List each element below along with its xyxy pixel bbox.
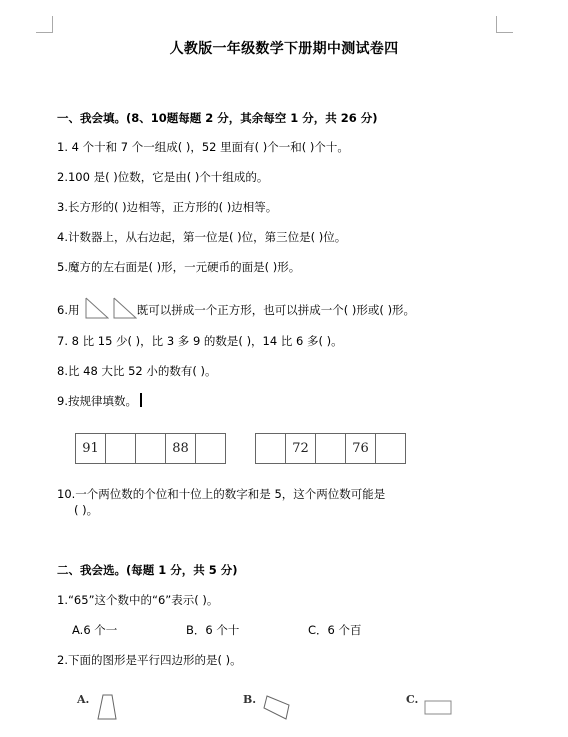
sequence-cell[interactable]: 91: [76, 434, 106, 464]
sequence-table-right: 72 76: [255, 433, 406, 464]
shape-option-b-label[interactable]: B.: [243, 693, 256, 706]
sequence-cell[interactable]: 72: [286, 434, 316, 464]
sequence-cell[interactable]: 76: [346, 434, 376, 464]
question-1-7: 7. 8 比 15 少( )，比 3 多 9 的数是( )，14 比 6 多( …: [57, 333, 343, 349]
question-2-1: 1.“65”这个数中的“6”表示( )。: [57, 592, 218, 608]
question-1-1: 1. 4 个十和 7 个一组成( )，52 里面有( )个一和( )个十。: [57, 139, 349, 155]
question-1-6-prefix: 6.用: [57, 303, 79, 317]
question-1-6-suffix: 既可以拼成一个正方形，也可以拼成一个( )形或( )形。: [137, 303, 415, 317]
page-title: 人教版一年级数学下册期中测试卷四: [0, 38, 568, 58]
sequence-cell[interactable]: [106, 434, 136, 464]
question-1-3: 3.长方形的( )边相等，正方形的( )边相等。: [57, 199, 277, 215]
sequence-cell[interactable]: [316, 434, 346, 464]
sequence-cell[interactable]: [376, 434, 406, 464]
crop-mark-top-left: [36, 16, 53, 33]
option-b[interactable]: B．6 个十: [186, 622, 239, 638]
question-2-2: 2.下面的图形是平行四边形的是( )。: [57, 652, 242, 668]
crop-mark-top-right: [496, 16, 513, 33]
sequence-cell[interactable]: 88: [166, 434, 196, 464]
question-1-6: 6.用 既可以拼成一个正方形，也可以拼成一个( )形或( )形。: [57, 297, 415, 319]
section-1-heading: 一、我会填。(8、10题每题 2 分，其余每空 1 分，共 26 分): [57, 110, 378, 126]
question-1-5: 5.魔方的左右面是( )形，一元硬币的面是( )形。: [57, 259, 300, 275]
question-1-2: 2.100 是( )位数，它是由( )个十组成的。: [57, 169, 268, 185]
rectangle-icon: [424, 700, 452, 716]
shape-option-a-label[interactable]: A.: [77, 693, 89, 706]
question-1-8: 8.比 48 大比 52 小的数有( )。: [57, 363, 217, 379]
question-1-9-text: 9.按规律填数。: [57, 394, 137, 408]
trapezoid-icon: [97, 694, 121, 721]
question-1-10-line2: ( )。: [74, 502, 98, 518]
shape-option-c-label[interactable]: C.: [406, 693, 418, 706]
option-c[interactable]: C．6 个百: [308, 622, 362, 638]
sequence-cell[interactable]: [196, 434, 226, 464]
parallelogram-icon: [263, 695, 291, 721]
right-triangle-icon: [113, 297, 137, 319]
question-1-4: 4.计数器上，从右边起，第一位是( )位，第三位是( )位。: [57, 229, 346, 245]
right-triangle-icon: [85, 297, 109, 319]
sequence-cell[interactable]: [136, 434, 166, 464]
sequence-cell[interactable]: [256, 434, 286, 464]
section-2-heading: 二、我会选。(每题 1 分，共 5 分): [57, 562, 238, 578]
question-1-10-line1: 10.一个两位数的个位和十位上的数字和是 5，这个两位数可能是: [57, 486, 385, 502]
question-1-9: 9.按规律填数。: [57, 393, 142, 409]
sequence-table-left: 91 88: [75, 433, 226, 464]
text-cursor: [140, 393, 142, 407]
option-a[interactable]: A.6 个一: [72, 622, 117, 638]
